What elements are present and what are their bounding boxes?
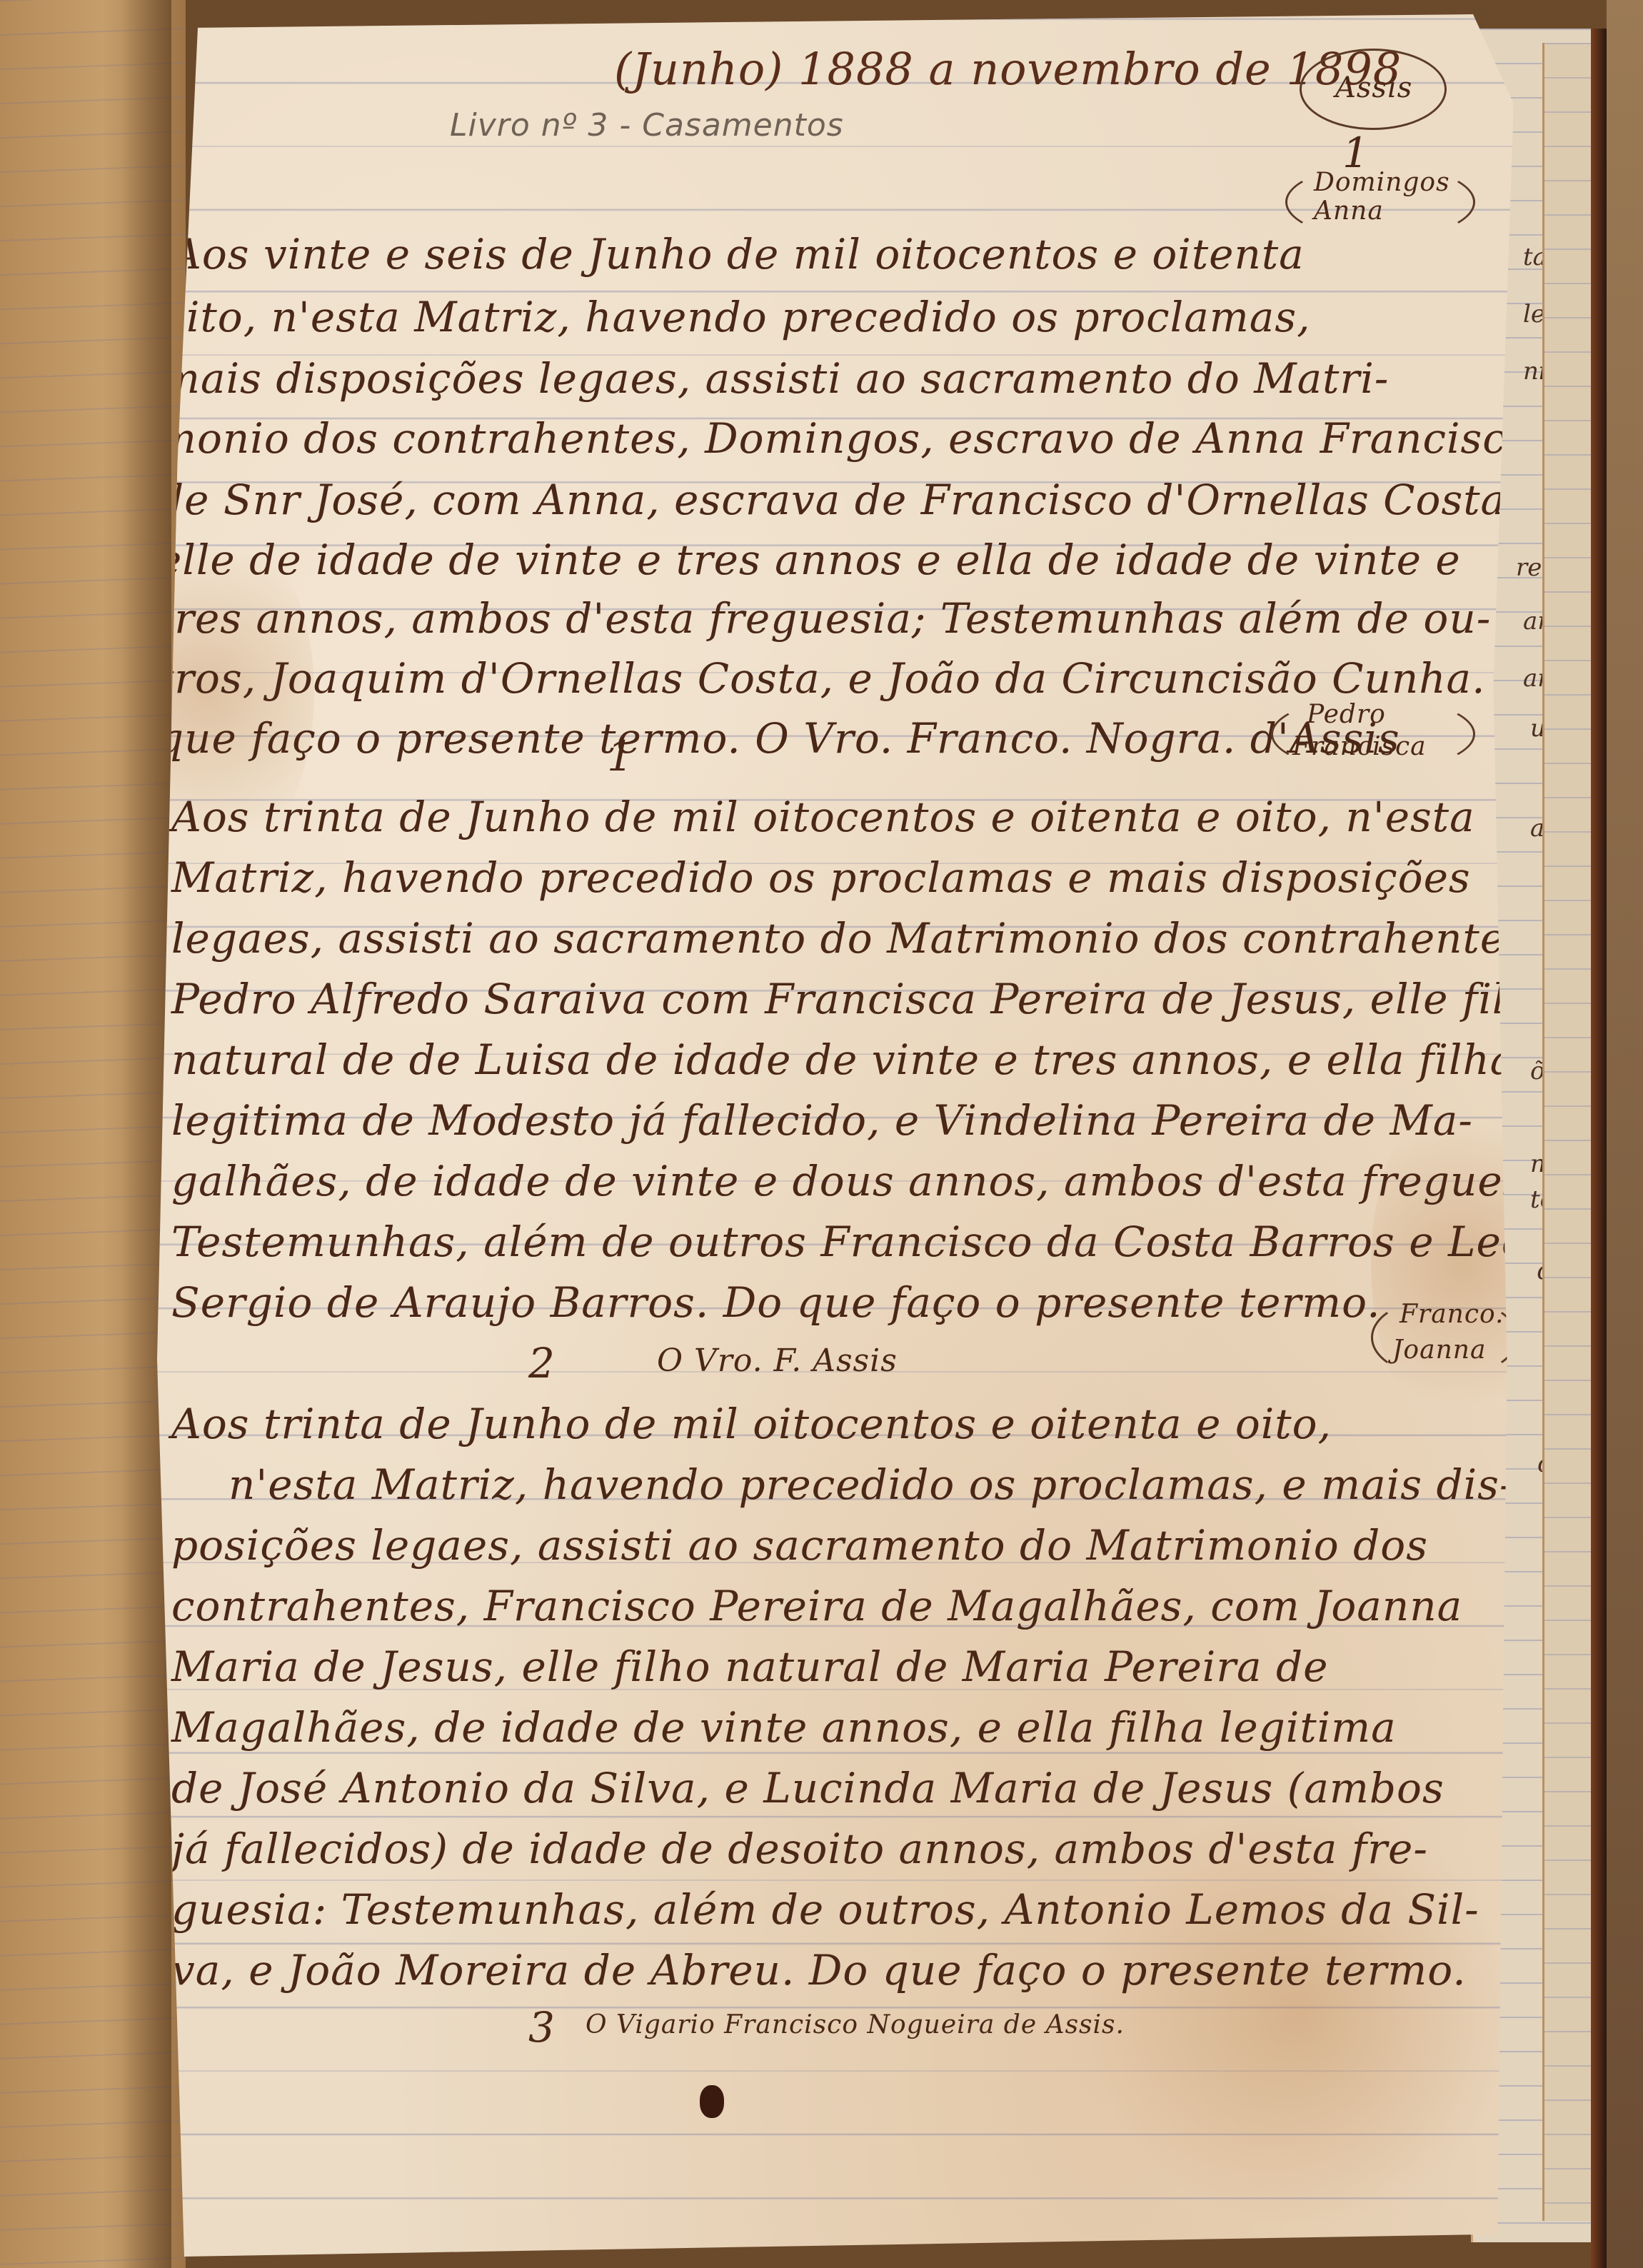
entry-line: que faço o presente termo. O Vro. Franco… bbox=[157, 714, 1400, 763]
margin-groom: Domingos bbox=[1314, 168, 1450, 197]
margin-bride: Francisca bbox=[1292, 732, 1427, 761]
priest-signature: O Vigario Francisco Nogueira de Assis. bbox=[586, 2010, 1125, 2039]
entry-line: Sergio de Araujo Barros. Do que faço o p… bbox=[171, 1278, 1381, 1327]
entry-line: tres annos, ambos d'esta freguesia; Test… bbox=[157, 594, 1491, 643]
register-page: (Junho) 1888 a novembro de 1898 Assis Li… bbox=[157, 14, 1514, 2257]
entry-line: Aos trinta de Junho de mil oitocentos e … bbox=[171, 793, 1475, 841]
entry-line: guesia: Testemunhas, além de outros, Ant… bbox=[171, 1885, 1479, 1934]
entry-line: legitima de Modesto já fallecido, e Vind… bbox=[171, 1096, 1473, 1145]
entry-line: mais disposições legaes, assisti ao sacr… bbox=[161, 354, 1389, 403]
entry-line: Matriz, havendo precedido os proclamas e… bbox=[171, 853, 1471, 902]
signature-number: 3 bbox=[528, 2003, 556, 2052]
entry-number: 1 bbox=[607, 732, 634, 781]
entry-line: Aos trinta de Junho de mil oitocentos e … bbox=[171, 1400, 1332, 1448]
date-range-heading: (Junho) 1888 a novembro de 1898 bbox=[614, 43, 1402, 95]
book-cover-edge bbox=[1591, 29, 1607, 2268]
entry-line: monio dos contrahentes, Domingos, escrav… bbox=[157, 414, 1532, 463]
pencil-book-note: Livro nº 3 - Casamentos bbox=[450, 107, 844, 144]
margin-bride: Joanna bbox=[1392, 1335, 1486, 1365]
entry-line: Testemunhas, além de outros Francisco da… bbox=[171, 1218, 1643, 1266]
entry-line: Pedro Alfredo Saraiva com Francisca Pere… bbox=[171, 975, 1559, 1023]
margin-bride: Anna bbox=[1314, 196, 1384, 226]
margin-groom: Franco. bbox=[1400, 1300, 1504, 1329]
entry-line: posições legaes, assisti ao sacramento d… bbox=[171, 1521, 1428, 1570]
entry-line: tros, Joaquim d'Ornellas Costa, e João d… bbox=[157, 654, 1559, 703]
entry-line: Aos vinte e seis de Junho de mil oitocen… bbox=[171, 230, 1305, 279]
entry-line: elle de idade de vinte e tres annos e el… bbox=[157, 536, 1461, 584]
entry-line: legaes, assisti ao sacramento do Matrimo… bbox=[171, 914, 1541, 963]
ink-blot bbox=[700, 2085, 724, 2118]
entry-line: de Snr José, com Anna, escrava de Franci… bbox=[157, 476, 1520, 524]
entry-line: contrahentes, Francisco Pereira de Magal… bbox=[171, 1582, 1462, 1630]
underlying-page-2 bbox=[1542, 43, 1594, 2221]
place-name: Assis bbox=[1335, 71, 1412, 104]
entry-line: Magalhães, de idade de vinte annos, e el… bbox=[171, 1703, 1397, 1752]
entry-line: natural de de Luisa de idade de vinte e … bbox=[171, 1035, 1515, 1084]
signature-number: 2 bbox=[528, 1339, 556, 1388]
entry-line: n'esta Matriz, havendo precedido os proc… bbox=[228, 1460, 1514, 1509]
background-surface bbox=[1607, 0, 1643, 2268]
entry-line: Maria de Jesus, elle filho natural de Ma… bbox=[171, 1642, 1329, 1691]
entry-line: va, e João Moreira de Abreu. Do que faço… bbox=[171, 1946, 1467, 1994]
entry-line: já fallecidos) de idade de desoito annos… bbox=[171, 1825, 1428, 1873]
priest-signature: O Vro. F. Assis bbox=[657, 1343, 898, 1379]
margin-groom: Pedro bbox=[1307, 700, 1386, 729]
entry-line: oito, n'esta Matriz, havendo precedido o… bbox=[161, 293, 1311, 341]
entry-line: de José Antonio da Silva, e Lucinda Mari… bbox=[171, 1764, 1444, 1812]
entry-line: galhães, de idade de vinte e dous annos,… bbox=[171, 1157, 1578, 1205]
